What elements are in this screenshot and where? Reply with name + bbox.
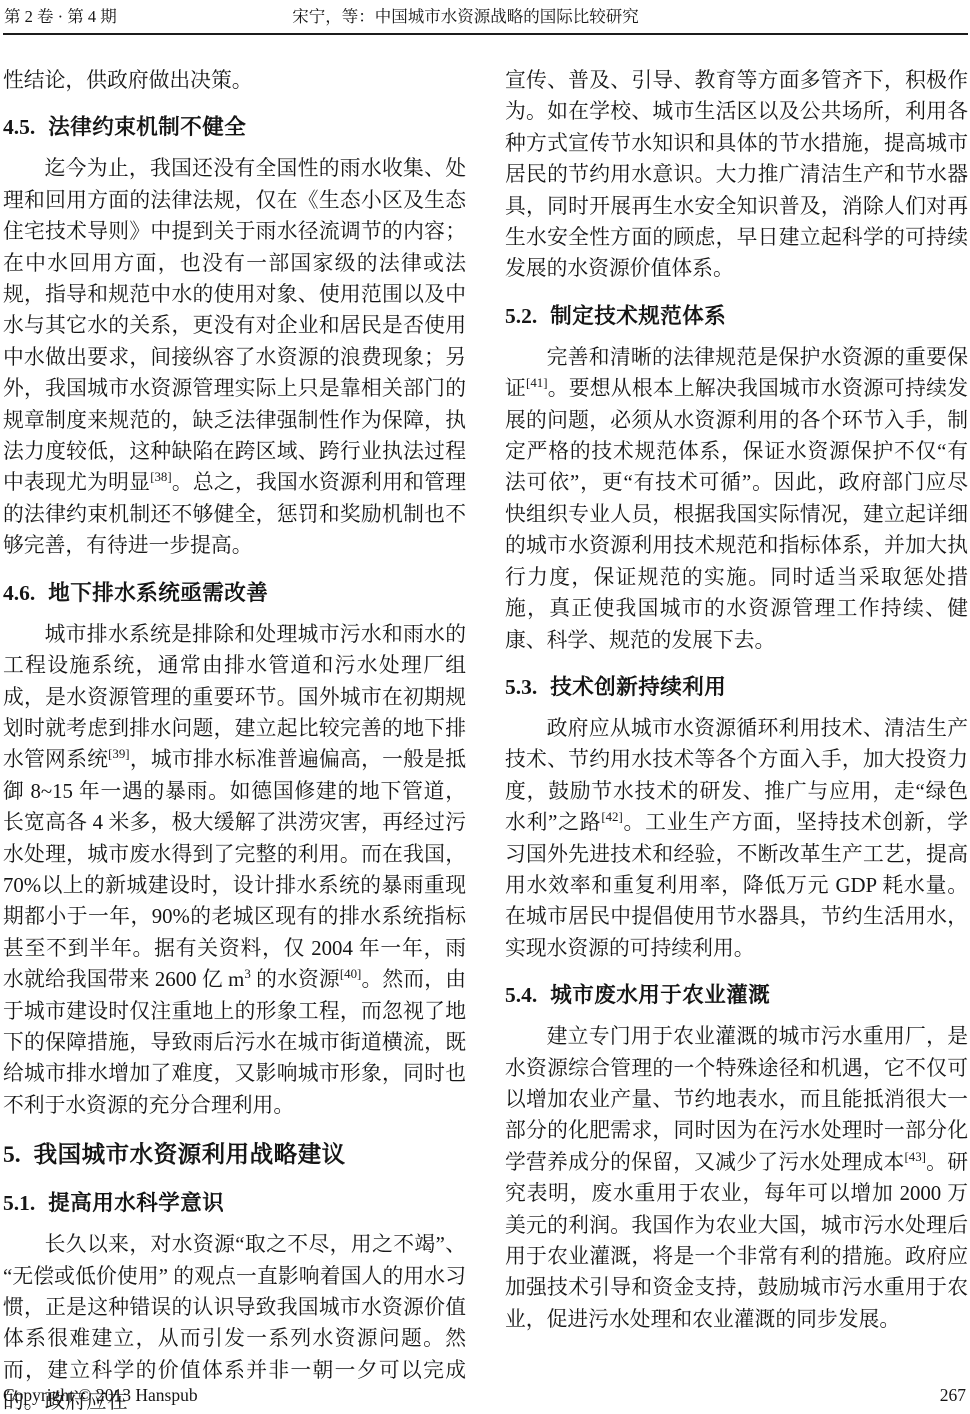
- left-column: 性结论，供政府做出决策。 4.5.法律约束机制不健全 迄今为止，我国还没有全国性…: [3, 65, 466, 1414]
- heading-text: 我国城市水资源利用战略建议: [34, 1141, 346, 1167]
- heading-number: 5.4.: [505, 983, 537, 1007]
- heading-number: 4.6.: [3, 581, 35, 605]
- copyright-notice: Copyright © 2013 Hanspub: [3, 1384, 198, 1406]
- paragraph-continuation: 宣传、普及、引导、教育等方面多管齐下，积极作为。如在学校、城市生活区以及公共场所…: [505, 65, 968, 285]
- page-number: 267: [940, 1384, 966, 1406]
- heading-text: 地下排水系统亟需改善: [48, 581, 268, 605]
- paper-page: 第 2 卷 · 第 4 期 宋宁，等：中国城市水资源战略的国际比较研究 性结论，…: [0, 0, 970, 1414]
- heading-text: 技术创新持续利用: [550, 675, 726, 699]
- page-footer: Copyright © 2013 Hanspub 267: [3, 1384, 966, 1406]
- section-heading-4-5: 4.5.法律约束机制不健全: [3, 111, 466, 143]
- heading-text: 制定技术规范体系: [550, 304, 726, 328]
- heading-number: 4.5.: [3, 115, 35, 139]
- running-title: 宋宁，等：中国城市水资源战略的国际比较研究: [3, 7, 928, 27]
- heading-number: 5.: [3, 1142, 21, 1168]
- heading-number: 5.1.: [3, 1191, 35, 1215]
- paragraph: 完善和清晰的法律规范是保护水资源的重要保证[41]。要想从根本上解决我国城市水资…: [505, 342, 968, 656]
- heading-number: 5.2.: [505, 304, 537, 328]
- paragraph: 政府应从城市水资源循环利用技术、清洁生产技术、节约用水技术等各个方面入手，加大投…: [505, 713, 968, 964]
- section-heading-5-1: 5.1.提高用水科学意识: [3, 1187, 466, 1219]
- paragraph: 迄今为止，我国还没有全国性的雨水收集、处理和回用方面的法律法规，仅在《生态小区及…: [3, 153, 466, 561]
- section-heading-4-6: 4.6.地下排水系统亟需改善: [3, 577, 466, 609]
- section-heading-5-4: 5.4.城市废水用于农业灌溉: [505, 979, 968, 1011]
- paragraph: 城市排水系统是排除和处理城市污水和雨水的工程设施系统，通常由排水管道和污水处理厂…: [3, 619, 466, 1122]
- page-header: 第 2 卷 · 第 4 期 宋宁，等：中国城市水资源战略的国际比较研究: [3, 0, 968, 35]
- page-body: 性结论，供政府做出决策。 4.5.法律约束机制不健全 迄今为止，我国还没有全国性…: [3, 35, 968, 1414]
- heading-text: 提高用水科学意识: [48, 1191, 224, 1215]
- section-heading-5-2: 5.2.制定技术规范体系: [505, 300, 968, 332]
- paragraph: 建立专门用于农业灌溉的城市污水重用厂，是水资源综合管理的一个特殊途径和机遇，它不…: [505, 1021, 968, 1335]
- section-heading-5: 5.我国城市水资源利用战略建议: [3, 1138, 466, 1172]
- paragraph-continuation: 性结论，供政府做出决策。: [3, 65, 466, 96]
- section-heading-5-3: 5.3.技术创新持续利用: [505, 671, 968, 703]
- heading-number: 5.3.: [505, 675, 537, 699]
- heading-text: 法律约束机制不健全: [48, 115, 246, 139]
- right-column: 宣传、普及、引导、教育等方面多管齐下，积极作为。如在学校、城市生活区以及公共场所…: [505, 65, 968, 1414]
- heading-text: 城市废水用于农业灌溉: [550, 983, 770, 1007]
